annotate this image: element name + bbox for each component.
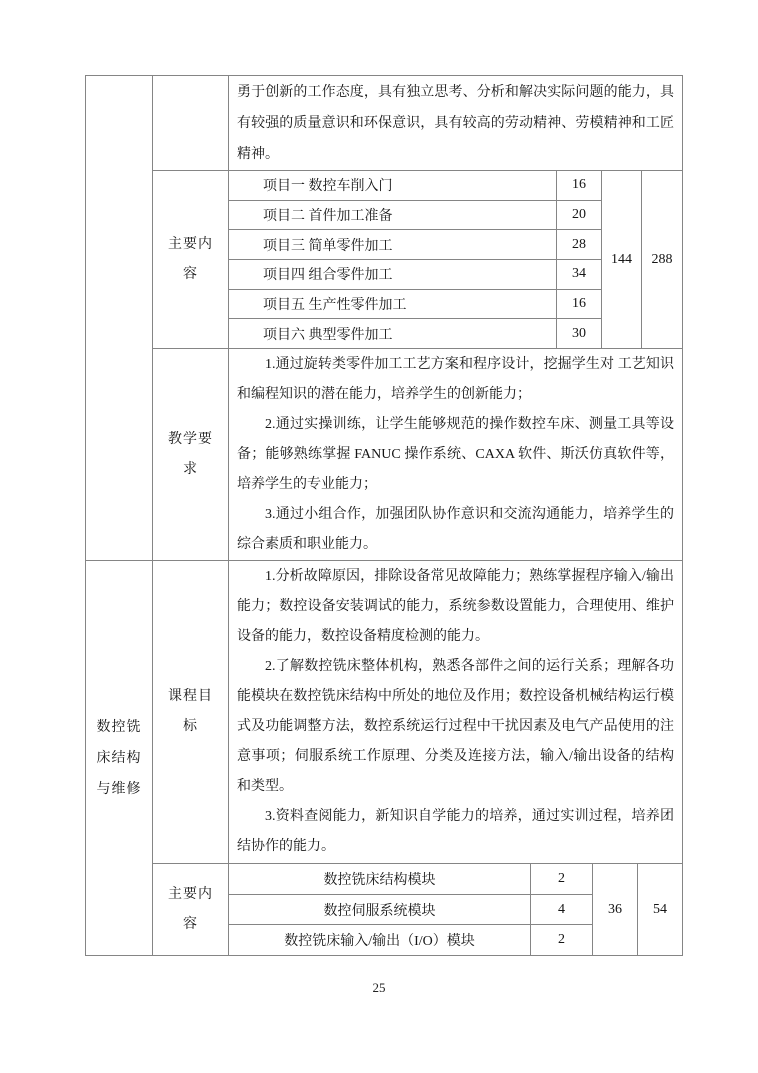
course2-goals-text: 1.分析故障原因，排除设备常见故障能力；熟练掌握程序输入/输出能力；数控设备安装…	[229, 561, 682, 863]
module-name: 数控铣床输入/输出（I/O）模块	[229, 925, 531, 955]
project-name: 项目一 数控车削入门	[229, 171, 557, 200]
project-hours: 20	[557, 201, 601, 230]
course2-grand-total-hours: 54	[637, 864, 682, 955]
course2-main-content-label: 主要内容	[153, 864, 229, 955]
table-row: 数控铣床输入/输出（I/O）模块 2	[229, 925, 592, 955]
module-name: 数控伺服系统模块	[229, 895, 531, 925]
course2-total-hours: 36	[592, 864, 637, 955]
course1-goal-continuation-text: 勇于创新的工作态度，具有独立思考、分析和解决实际问题的能力，具有较强的质量意识和…	[229, 76, 682, 170]
project-hours: 34	[557, 260, 601, 289]
project-hours: 16	[557, 171, 601, 200]
project-hours: 30	[557, 319, 601, 348]
table-row: 项目六 典型零件加工 30	[229, 319, 601, 348]
page-number: 25	[0, 980, 758, 996]
paragraph: 1.通过旋转类零件加工工艺方案和程序设计，挖掘学生对 工艺知识和编程知识的潜在能…	[237, 350, 674, 410]
table-row: 项目三 简单零件加工 28	[229, 230, 601, 260]
table-row: 数控铣床结构模块 2	[229, 864, 592, 895]
module-hours: 2	[531, 925, 592, 955]
course2-name-cell: 数控铣床结构与维修	[86, 561, 153, 955]
module-hours: 2	[531, 864, 592, 894]
table-row: 项目二 首件加工准备 20	[229, 201, 601, 231]
project-name: 项目二 首件加工准备	[229, 201, 557, 230]
course2-goals-row: 课程目标 1.分析故障原因，排除设备常见故障能力；熟练掌握程序输入/输出能力；数…	[153, 561, 682, 864]
course2-name: 数控铣床结构与维修	[96, 712, 142, 805]
course1-project-list: 项目一 数控车削入门 16 项目二 首件加工准备 20 项目三 简单零件加工 2…	[229, 171, 601, 348]
course2-module-list: 数控铣床结构模块 2 数控伺服系统模块 4 数控铣床输入/输出（I/O）模块 2	[229, 864, 592, 955]
course2-row-group: 数控铣床结构与维修 课程目标 1.分析故障原因，排除设备常见故障能力；熟练掌握程…	[86, 561, 682, 955]
project-name: 项目三 简单零件加工	[229, 230, 557, 259]
course1-rows: 勇于创新的工作态度，具有独立思考、分析和解决实际问题的能力，具有较强的质量意识和…	[153, 76, 682, 560]
course1-row-group: 勇于创新的工作态度，具有独立思考、分析和解决实际问题的能力，具有较强的质量意识和…	[86, 76, 682, 561]
paragraph: 3.通过小组合作，加强团队协作意识和交流沟通能力，培养学生的综合素质和职业能力。	[237, 500, 674, 560]
module-name: 数控铣床结构模块	[229, 864, 531, 894]
project-name: 项目四 组合零件加工	[229, 260, 557, 289]
paragraph: 2.了解数控铣床整体机构，熟悉各部件之间的运行关系；理解各功能模块在数控铣床结构…	[237, 652, 674, 802]
paragraph: 勇于创新的工作态度，具有独立思考、分析和解决实际问题的能力，具有较强的质量意识和…	[237, 77, 674, 170]
document-page: 勇于创新的工作态度，具有独立思考、分析和解决实际问题的能力，具有较强的质量意识和…	[0, 0, 758, 1073]
module-hours: 4	[531, 895, 592, 925]
course-syllabus-table: 勇于创新的工作态度，具有独立思考、分析和解决实际问题的能力，具有较强的质量意识和…	[85, 75, 683, 956]
table-row: 项目五 生产性零件加工 16	[229, 290, 601, 320]
project-name: 项目五 生产性零件加工	[229, 290, 557, 319]
paragraph: 3.资料查阅能力，新知识自学能力的培养，通过实训过程，培养团结协作的能力。	[237, 802, 674, 862]
course1-name-cell	[86, 76, 153, 560]
course1-grand-total-hours: 288	[641, 171, 682, 348]
course2-main-content-row: 主要内容 数控铣床结构模块 2 数控伺服系统模块 4 数控铣床输入/输出（I/O…	[153, 864, 682, 955]
course1-main-content-row: 主要内容 项目一 数控车削入门 16 项目二 首件加工准备 20 项目三 简单零…	[153, 171, 682, 349]
project-hours: 16	[557, 290, 601, 319]
project-hours: 28	[557, 230, 601, 259]
paragraph: 2.通过实操训练，让学生能够规范的操作数控车床、测量工具等设备；能够熟练掌握 F…	[237, 410, 674, 500]
course1-teaching-requirements-row: 教学要求 1.通过旋转类零件加工工艺方案和程序设计，挖掘学生对 工艺知识和编程知…	[153, 349, 682, 560]
table-row: 数控伺服系统模块 4	[229, 895, 592, 926]
paragraph: 1.分析故障原因，排除设备常见故障能力；熟练掌握程序输入/输出能力；数控设备安装…	[237, 562, 674, 652]
table-row: 项目四 组合零件加工 34	[229, 260, 601, 290]
course1-goal-continuation-row: 勇于创新的工作态度，具有独立思考、分析和解决实际问题的能力，具有较强的质量意识和…	[153, 76, 682, 171]
course1-teaching-req-text: 1.通过旋转类零件加工工艺方案和程序设计，挖掘学生对 工艺知识和编程知识的潜在能…	[229, 349, 682, 560]
project-name: 项目六 典型零件加工	[229, 319, 557, 348]
course2-goal-label: 课程目标	[153, 561, 229, 863]
course2-rows: 课程目标 1.分析故障原因，排除设备常见故障能力；熟练掌握程序输入/输出能力；数…	[153, 561, 682, 955]
course1-main-content-label: 主要内容	[153, 171, 229, 348]
course1-total-hours: 144	[601, 171, 641, 348]
table-row: 项目一 数控车削入门 16	[229, 171, 601, 201]
course1-teaching-req-label: 教学要求	[153, 349, 229, 560]
course1-goal-label-cell	[153, 76, 229, 170]
